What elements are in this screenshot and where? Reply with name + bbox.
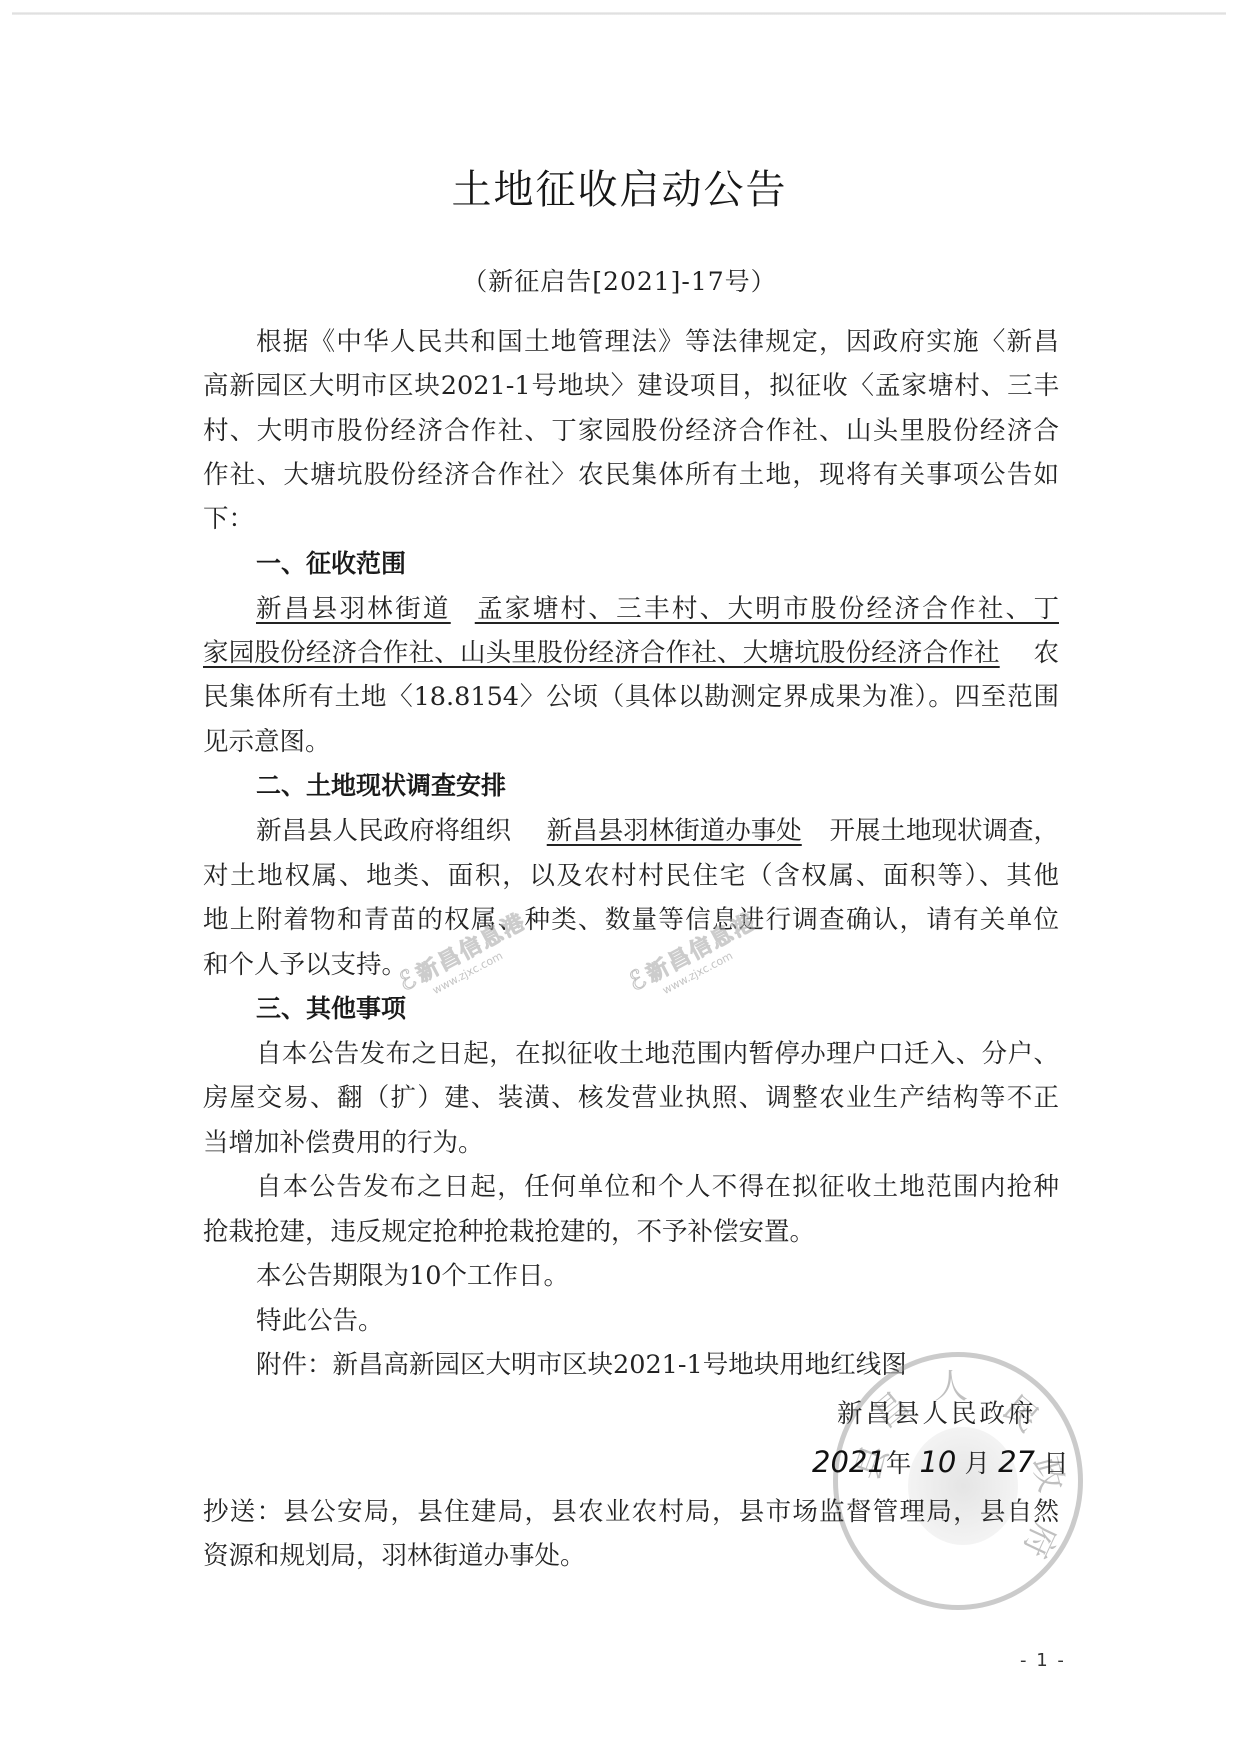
intro-line-4: 作社、大塘坑股份经济合作社〉农民集体所有土地，现将有关事项公告如 [203,455,1059,495]
date-day: 27 [998,1445,1035,1479]
issuer-name: 新昌县人民政府 [837,1394,1037,1434]
section2-organizer: 新昌县人民政府将组织 [256,811,511,851]
attachment-line: 附件：新昌高新园区大明市区块2021-1号地块用地红线图 [256,1345,1059,1385]
intro-line-1: 根据《中华人民共和国土地管理法》等法律规定，因政府实施〈新昌 [256,322,1059,362]
scan-edge-line [12,12,1226,15]
notice-period: 本公告期限为10个工作日。 [256,1256,1059,1296]
section1-villages: 孟家塘村、三丰村、大明市股份经济合作社、丁 [475,594,1059,624]
section1-heading: 一、征收范围 [256,544,1059,584]
cc-line-2: 资源和规划局，羽林街道办事处。 [203,1536,1059,1576]
section3-p1-line-3: 当增加补偿费用的行为。 [203,1123,1059,1163]
section1-street: 新昌县羽林街道 [256,594,451,624]
section3-p2-line-2: 抢栽抢建，违反规定抢种抢栽抢建的，不予补偿安置。 [203,1212,1059,1252]
document-number: （新征启告[2021]-17号） [0,262,1239,302]
section2-line-3: 地上附着物和青苗的权属、种类、数量等信息进行调查确认，请有关单位 [203,900,1059,940]
section2-line-1-post: 开展土地现状调查， [829,811,1059,851]
section2-line-1: 新昌县人民政府将组织新昌县羽林街道办事处开展土地现状调查， [256,811,1059,851]
page-number: - 1 - [1020,1650,1066,1671]
intro-line-2: 高新园区大明市区块2021-1号地块〉建设项目，拟征收〈孟家塘村、三丰 [203,366,1059,406]
intro-line-5: 下： [203,499,1059,539]
section3-p1-line-2: 房屋交易、翻（扩）建、装潢、核发营业执照、调整农业生产结构等不正 [203,1078,1059,1118]
section2-executor: 新昌县羽林街道办事处 [539,811,802,851]
section1-cooperatives: 家园股份经济合作社、山头里股份经济合作社、大塘坑股份经济合作社 [203,633,1000,673]
section1-line-1: 新昌县羽林街道孟家塘村、三丰村、大明市股份经济合作社、丁 [256,589,1059,629]
section3-p1-line-1: 自本公告发布之日起，在拟征收土地范围内暂停办理户口迁入、分户、 [256,1034,1059,1074]
date-month: 10 [919,1445,956,1479]
date-month-label: 月 [964,1449,990,1479]
section1-line-2-tail: 农 [1033,633,1059,673]
section3-heading: 三、其他事项 [256,989,1059,1029]
date-year-label: 年 [886,1449,912,1479]
section1-line-4: 见示意图。 [203,722,1059,762]
section1-line-2: 家园股份经济合作社、山头里股份经济合作社、大塘坑股份经济合作社农 [203,633,1059,673]
issue-date: 2021年 10 月 27 日 [812,1442,1069,1484]
date-year: 2021 [812,1445,886,1479]
intro-line-3: 村、大明市股份经济合作社、丁家园股份经济合作社、山头里股份经济合 [203,411,1059,451]
section1-line-3: 民集体所有土地〈18.8154〉公顷（具体以勘测定界成果为准）。四至范围 [203,677,1059,717]
closing-statement: 特此公告。 [256,1301,1059,1341]
date-day-label: 日 [1043,1449,1069,1479]
document-title: 土地征收启动公告 [0,160,1239,220]
cc-line-1: 抄送：县公安局，县住建局，县农业农村局，县市场监督管理局，县自然 [203,1492,1059,1532]
section3-p2-line-1: 自本公告发布之日起，任何单位和个人不得在拟征收土地范围内抢种 [256,1167,1059,1207]
section2-heading: 二、土地现状调查安排 [256,766,1059,806]
section2-line-2: 对土地权属、地类、面积，以及农村村民住宅（含权属、面积等）、其他 [203,856,1059,896]
